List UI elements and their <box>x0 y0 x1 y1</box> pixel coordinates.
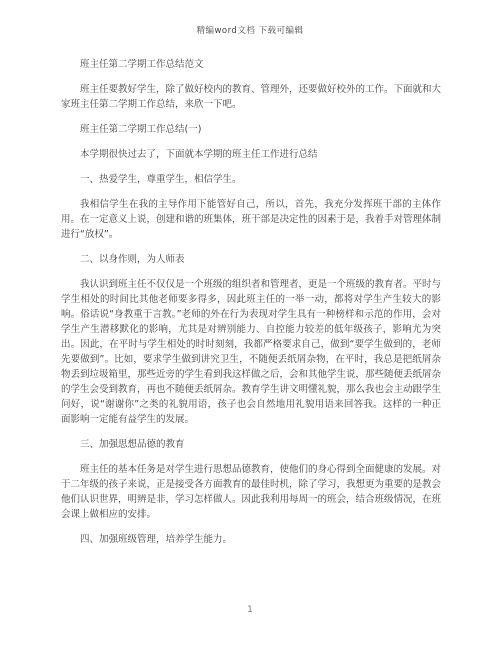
section-heading-1: 一、热爱学生，尊重学生，相信学生。 <box>61 172 441 187</box>
document-title: 班主任第二学期工作总结范文 <box>61 57 441 72</box>
section-heading-3: 三、加强思想品德的教育 <box>61 437 441 452</box>
section-heading-4: 四、加强班级管理，培养学生能力。 <box>61 532 441 547</box>
paragraph: 我相信学生在我的主导作用下能管好自己，所以，首先，我充分发挥班干部的主体作用。在… <box>61 197 441 242</box>
paragraph: 班主任的基本任务是对学生进行思想品德教育，使他们的身心得到全面健康的发展。对于二… <box>61 462 441 522</box>
document-body: 班主任第二学期工作总结范文 班主任要教好学生，除了做好校内的教育、管理外，还要做… <box>61 57 441 557</box>
page-number: 1 <box>0 605 500 615</box>
watermark-header: 精编word文档 下载可编辑 <box>0 24 500 36</box>
paragraph-subtitle: 班主任第二学期工作总结(一) <box>61 122 441 137</box>
paragraph: 本学期很快过去了，下面就本学期的班主任工作进行总结 <box>61 147 441 162</box>
paragraph: 我认识到班主任不仅仅是一个班级的组织者和管理者，更是一个班级的教育者。平时与学生… <box>61 277 441 427</box>
document-page: 精编word文档 下载可编辑 班主任第二学期工作总结范文 班主任要教好学生，除了… <box>0 0 500 647</box>
paragraph: 班主任要教好学生，除了做好校内的教育、管理外，还要做好校外的工作。下面就和大家班… <box>61 82 441 112</box>
section-heading-2: 二、以身作则，为人师表 <box>61 252 441 267</box>
